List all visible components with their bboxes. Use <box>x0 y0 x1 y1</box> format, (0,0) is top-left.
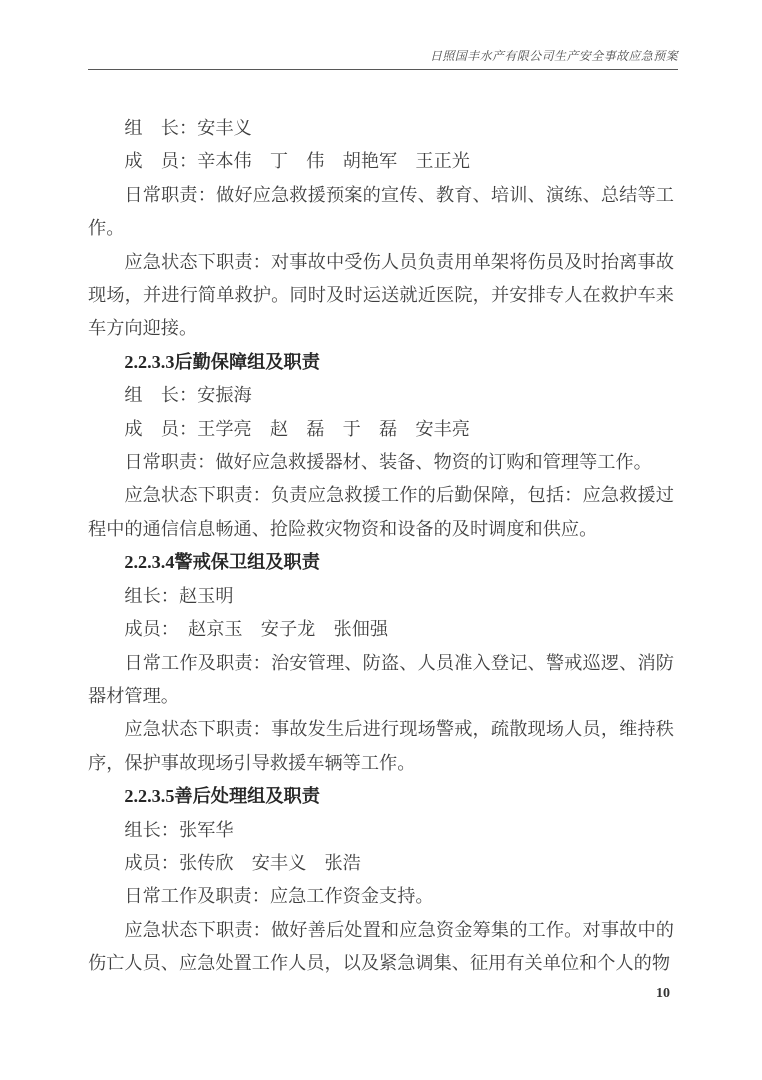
heading-2-2-3-5-aftermath-group: 2.2.3.5善后处理组及职责 <box>88 780 674 813</box>
para-group-leader: 组 长：安振海 <box>88 379 674 412</box>
para-group-leader: 组长：张军华 <box>88 814 674 847</box>
page-number: 10 <box>88 986 670 1002</box>
para-emergency-duty: 应急状态下职责：负责应急救援工作的后勤保障，包括：应急救援过程中的通信信息畅通、… <box>88 479 674 546</box>
para-daily-duty: 日常职责：做好应急救援预案的宣传、教育、培训、演练、总结等工作。 <box>88 179 674 246</box>
heading-2-2-3-4-security-group: 2.2.3.4警戒保卫组及职责 <box>88 546 674 579</box>
header-divider <box>88 69 678 70</box>
para-emergency-duty: 应急状态下职责：事故发生后进行现场警戒，疏散现场人员，维持秩序，保护事故现场引导… <box>88 713 674 780</box>
para-daily-duty: 日常职责：做好应急救援器材、装备、物资的订购和管理等工作。 <box>88 446 674 479</box>
para-emergency-duty: 应急状态下职责：做好善后处置和应急资金筹集的工作。对事故中的伤亡人员、应急处置工… <box>88 914 674 981</box>
para-group-members: 成 员：辛本伟 丁 伟 胡艳军 王正光 <box>88 145 674 178</box>
para-emergency-duty: 应急状态下职责：对事故中受伤人员负责用单架将伤员及时抬离事故现场，并进行简单救护… <box>88 246 674 346</box>
para-daily-duty: 日常工作及职责：应急工作资金支持。 <box>88 880 674 913</box>
document-body: 组 长：安丰义 成 员：辛本伟 丁 伟 胡艳军 王正光 日常职责：做好应急救援预… <box>88 112 674 981</box>
para-group-members: 成员： 赵京玉 安子龙 张佃强 <box>88 613 674 646</box>
page-header-title: 日照国丰水产有限公司生产安全事故应急预案 <box>88 47 678 64</box>
para-group-leader: 组长：赵玉明 <box>88 580 674 613</box>
para-group-members: 成员：张传欣 安丰义 张浩 <box>88 847 674 880</box>
para-daily-duty: 日常工作及职责：治安管理、防盗、人员准入登记、警戒巡逻、消防器材管理。 <box>88 647 674 714</box>
document-page: 日照国丰水产有限公司生产安全事故应急预案 组 长：安丰义 成 员：辛本伟 丁 伟… <box>0 0 762 1080</box>
para-group-leader: 组 长：安丰义 <box>88 112 674 145</box>
para-group-members: 成 员：王学亮 赵 磊 于 磊 安丰亮 <box>88 413 674 446</box>
heading-2-2-3-3-logistics-group: 2.2.3.3后勤保障组及职责 <box>88 346 674 379</box>
